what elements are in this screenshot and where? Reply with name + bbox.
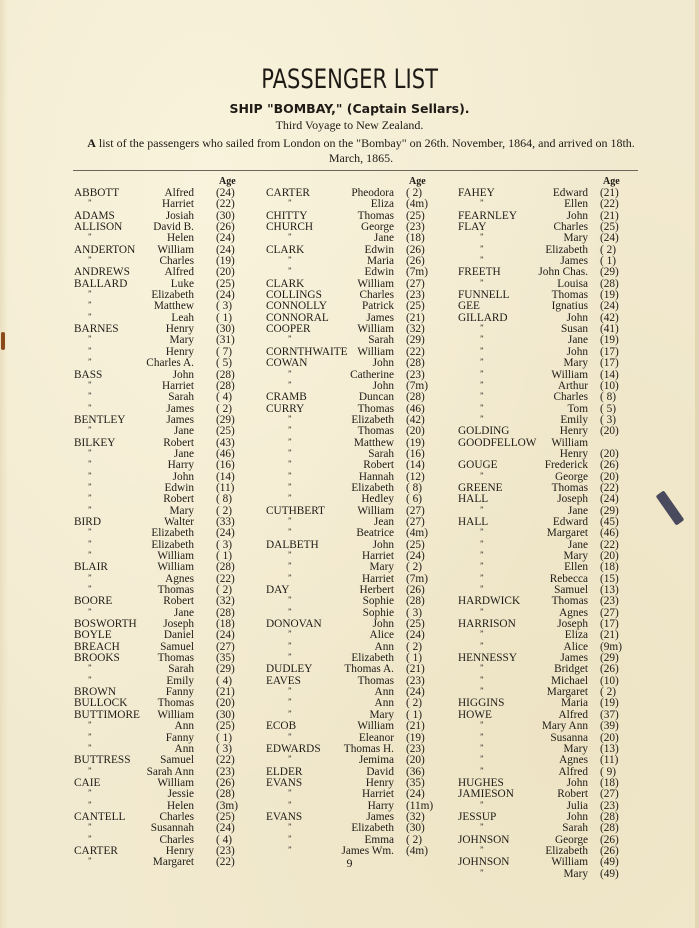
passenger-row: ”Jemima(20)	[266, 755, 448, 766]
surname: CLARK	[266, 245, 304, 256]
age: (39)	[600, 721, 619, 732]
given-name: Charles A.	[146, 358, 194, 369]
ditto-mark: ”	[288, 594, 292, 605]
age: ( 6)	[406, 494, 422, 505]
ditto-mark: ”	[480, 322, 484, 333]
given-name: Robert	[163, 494, 194, 505]
ditto-mark: ”	[480, 549, 484, 560]
ditto-mark: ”	[480, 799, 484, 810]
ditto-mark: ”	[88, 447, 92, 458]
page-number: 9	[0, 856, 699, 871]
ditto-mark: ”	[88, 526, 92, 537]
age: (4m)	[406, 528, 428, 539]
ditto-mark: ”	[288, 606, 292, 617]
ditto-mark: ”	[88, 197, 92, 208]
age: ( 4)	[216, 392, 232, 403]
age: (20)	[600, 426, 619, 437]
passenger-row: ”Eliza(4m)	[266, 199, 448, 210]
passenger-row: ”Beatrice(4m)	[266, 528, 448, 539]
surname: BUTTIMORE	[74, 710, 140, 721]
ditto-mark: ”	[88, 288, 92, 299]
ditto-mark: ”	[88, 504, 92, 515]
age: (17)	[600, 358, 619, 369]
ditto-mark: ”	[88, 254, 92, 265]
surname: JAMIESON	[458, 789, 514, 800]
given-name: Mary	[564, 358, 588, 369]
surname: BILKEY	[74, 438, 115, 449]
ditto-mark: ”	[288, 549, 292, 560]
ditto-mark: ”	[288, 368, 292, 379]
ditto-mark: ”	[480, 504, 484, 515]
age: (20)	[406, 426, 425, 437]
given-name: Robert	[557, 789, 588, 800]
ditto-mark: ”	[288, 458, 292, 469]
ditto-mark: ”	[288, 708, 292, 719]
ditto-mark: ”	[480, 333, 484, 344]
given-name: Beatrice	[356, 528, 394, 539]
ditto-mark: ”	[88, 833, 92, 844]
given-name: Elizabeth	[151, 528, 194, 539]
surname: FAHEY	[458, 188, 495, 199]
ditto-mark: ”	[88, 402, 92, 413]
ditto-mark: ”	[88, 662, 92, 673]
given-name: William	[157, 562, 194, 573]
ditto-mark: ”	[288, 492, 292, 503]
ditto-mark: ”	[288, 572, 292, 583]
ditto-mark: ”	[88, 674, 92, 685]
age: (22)	[216, 755, 235, 766]
passenger-row: ”Ann(25)	[74, 721, 254, 732]
passenger-row: ECOBWilliam(21)	[266, 721, 448, 732]
ditto-mark: ”	[480, 243, 484, 254]
ditto-mark: ”	[88, 299, 92, 310]
given-name: Mary	[370, 562, 394, 573]
ship-subtitle: SHIP "BOMBAY," (Captain Sellars).	[0, 101, 699, 116]
ditto-mark: ”	[88, 742, 92, 753]
ditto-mark: ”	[480, 640, 484, 651]
passenger-rows: FAHEYEdward(21)”Ellen(22)FEARNLEYJohn(21…	[458, 188, 642, 880]
age: (16)	[216, 460, 235, 471]
document-page: PASSENGER LIST SHIP "BOMBAY," (Captain S…	[0, 0, 699, 928]
ditto-mark: ”	[88, 470, 92, 481]
ditto-mark: ”	[288, 640, 292, 651]
age: (24)	[216, 528, 235, 539]
passenger-row: ”Agnes(11)	[458, 755, 642, 766]
given-name: Frederick	[545, 460, 588, 471]
ditto-mark: ”	[288, 685, 292, 696]
given-name: Robert	[363, 460, 394, 471]
given-name: Agnes	[559, 755, 588, 766]
intro-first-letter: A	[87, 136, 96, 150]
age: (24)	[216, 823, 235, 834]
surname: ANDERTON	[74, 245, 135, 256]
ditto-mark: ”	[288, 231, 292, 242]
ditto-mark: ”	[480, 719, 484, 730]
ditto-mark: ”	[88, 731, 92, 742]
passenger-row: ”Charles( 8)	[458, 392, 642, 403]
surname: CURRY	[266, 404, 304, 415]
given-name: Jemima	[359, 755, 394, 766]
passenger-rows: CARTERPheodora( 2)”Eliza(4m)CHITTYThomas…	[266, 188, 448, 857]
ditto-mark: ”	[480, 685, 484, 696]
passenger-row: ”Jane(25)	[74, 426, 254, 437]
age-header: Age	[409, 176, 426, 187]
ditto-mark: ”	[288, 265, 292, 276]
intro-paragraph: A list of the passengers who sailed from…	[72, 136, 650, 166]
given-name: Eliza	[371, 199, 394, 210]
passenger-row: ”Elizabeth(30)	[266, 823, 448, 834]
passenger-row: ”Ellen(18)	[458, 562, 642, 573]
ditto-mark: ”	[288, 731, 292, 742]
passenger-row: ”Elizabeth(24)	[74, 528, 254, 539]
given-name: Elizabeth	[351, 823, 394, 834]
surname: DALBETH	[266, 540, 319, 551]
passenger-row: JAMIESONRobert(27)	[458, 789, 642, 800]
given-name: Margaret	[547, 528, 588, 539]
ditto-mark: ”	[480, 526, 484, 537]
surname: ECOB	[266, 721, 296, 732]
ditto-mark: ”	[288, 799, 292, 810]
pencil-mark	[656, 490, 685, 525]
ditto-mark: ”	[88, 356, 92, 367]
age: (28)	[600, 823, 619, 834]
binding-stain	[1, 332, 5, 350]
passenger-row: ”Charles A.( 5)	[74, 358, 254, 369]
ditto-mark: ”	[480, 606, 484, 617]
age: (28)	[216, 562, 235, 573]
passenger-row: ”Mary(17)	[458, 358, 642, 369]
passenger-row: ”Robert( 8)	[74, 494, 254, 505]
page-edge-shadow	[0, 0, 8, 928]
surname: HOWE	[458, 710, 492, 721]
given-name: Ellen	[564, 199, 588, 210]
ditto-mark: ”	[88, 333, 92, 344]
passenger-row: ”Harriet(22)	[74, 199, 254, 210]
ditto-mark: ”	[288, 526, 292, 537]
ditto-mark: ”	[88, 538, 92, 549]
ditto-mark: ”	[480, 356, 484, 367]
given-name: John	[373, 358, 394, 369]
age: (25)	[216, 426, 235, 437]
given-name: Jane	[174, 426, 194, 437]
ditto-mark: ”	[88, 719, 92, 730]
given-name: Harriet	[162, 199, 194, 210]
passenger-rows: ABBOTTAlfred(24)”Harriet(22)ADAMSJosiah(…	[74, 188, 254, 869]
surname: HARDWICK	[458, 596, 520, 607]
ditto-mark: ”	[288, 379, 292, 390]
ditto-mark: ”	[288, 560, 292, 571]
ditto-mark: ”	[480, 753, 484, 764]
passenger-row: ”Harriet(24)	[266, 789, 448, 800]
ditto-mark: ”	[480, 402, 484, 413]
ditto-mark: ”	[88, 583, 92, 594]
ditto-mark: ”	[88, 231, 92, 242]
ditto-mark: ”	[288, 333, 292, 344]
surname: BROOKS	[74, 653, 120, 664]
surname: JESSUP	[458, 812, 496, 823]
ditto-mark: ”	[288, 787, 292, 798]
age: ( 5)	[216, 358, 232, 369]
ditto-mark: ”	[480, 470, 484, 481]
surname: GOODFELLOW	[458, 438, 536, 449]
ditto-mark: ”	[288, 436, 292, 447]
page-edge-right	[695, 0, 699, 928]
given-name: Ellen	[564, 562, 588, 573]
ditto-mark: ”	[288, 424, 292, 435]
given-name: William	[357, 721, 394, 732]
age: ( 8)	[216, 494, 232, 505]
age: (22)	[216, 199, 235, 210]
age: (27)	[600, 789, 619, 800]
ditto-mark: ”	[480, 560, 484, 571]
given-name: Henry	[560, 426, 588, 437]
voyage-line: Third Voyage to New Zealand.	[0, 118, 699, 133]
ditto-mark: ”	[88, 379, 92, 390]
age: (46)	[600, 528, 619, 539]
surname: BUTTRESS	[74, 755, 131, 766]
given-name: Harriet	[362, 789, 394, 800]
age: (28)	[216, 789, 235, 800]
surname: BALLARD	[74, 279, 127, 290]
given-name: Samuel	[160, 755, 194, 766]
given-name: Joseph	[557, 494, 588, 505]
passenger-row: GOUGEFrederick(26)	[458, 460, 642, 471]
passenger-row: ”Susannah(24)	[74, 823, 254, 834]
header-rule	[73, 170, 638, 171]
given-name: Hedley	[361, 494, 394, 505]
passenger-row: ”Harry(16)	[74, 460, 254, 471]
passenger-row: ”Margaret(46)	[458, 528, 642, 539]
surname: EVANS	[266, 778, 302, 789]
ditto-mark: ”	[288, 821, 292, 832]
ditto-mark: ”	[288, 413, 292, 424]
surname: GOLDING	[458, 426, 509, 437]
ditto-mark: ”	[480, 821, 484, 832]
ditto-mark: ”	[288, 628, 292, 639]
ditto-mark: ”	[288, 651, 292, 662]
surname: CUTHBERT	[266, 506, 325, 517]
ditto-mark: ”	[480, 583, 484, 594]
ditto-mark: ”	[88, 606, 92, 617]
age: (24)	[600, 494, 619, 505]
ditto-mark: ”	[88, 390, 92, 401]
ditto-mark: ”	[480, 345, 484, 356]
surname: EAVES	[266, 676, 301, 687]
ditto-mark: ”	[480, 413, 484, 424]
ditto-mark: ”	[288, 753, 292, 764]
ditto-mark: ”	[288, 515, 292, 526]
page-title: PASSENGER LIST	[77, 64, 622, 95]
age: (14)	[406, 460, 425, 471]
age: (18)	[600, 562, 619, 573]
ditto-mark: ”	[480, 277, 484, 288]
given-name: Ann	[175, 721, 194, 732]
surname: BARNES	[74, 324, 119, 335]
passenger-row: GOLDINGHenry(20)	[458, 426, 642, 437]
ditto-mark: ”	[480, 572, 484, 583]
ditto-mark: ”	[88, 424, 92, 435]
ditto-mark: ”	[480, 844, 484, 855]
ditto-mark: ”	[88, 787, 92, 798]
ditto-mark: ”	[288, 197, 292, 208]
surname: GOUGE	[458, 460, 498, 471]
age: (25)	[216, 721, 235, 732]
age: (11)	[600, 755, 618, 766]
ditto-mark: ”	[480, 379, 484, 390]
ditto-mark: ”	[288, 470, 292, 481]
ditto-mark: ”	[288, 254, 292, 265]
given-name: Sarah	[562, 823, 588, 834]
ditto-mark: ”	[88, 765, 92, 776]
ditto-mark: ”	[88, 481, 92, 492]
surname: DONOVAN	[266, 619, 322, 630]
given-name: Susannah	[151, 823, 194, 834]
ditto-mark: ”	[288, 833, 292, 844]
passenger-row: ”Mary Ann(39)	[458, 721, 642, 732]
ditto-mark: ”	[480, 231, 484, 242]
given-name: Jessie	[168, 789, 194, 800]
age: (26)	[600, 460, 619, 471]
ditto-mark: ”	[88, 572, 92, 583]
age: (4m)	[406, 199, 428, 210]
ditto-mark: ”	[88, 799, 92, 810]
passenger-row: HALLJoseph(24)	[458, 494, 642, 505]
given-name: Duncan	[359, 392, 394, 403]
ditto-mark: ”	[88, 458, 92, 469]
given-name: Mary Ann	[542, 721, 588, 732]
passenger-row: COWANJohn(28)	[266, 358, 448, 369]
passenger-column-1: Age ABBOTTAlfred(24)”Harriet(22)ADAMSJos…	[74, 176, 254, 869]
passenger-row: ”Thomas(20)	[266, 426, 448, 437]
age: (22)	[600, 199, 619, 210]
ditto-mark: ”	[480, 742, 484, 753]
given-name: Harry	[168, 460, 194, 471]
passenger-row: CRAMBDuncan(28)	[266, 392, 448, 403]
ditto-mark: ”	[480, 254, 484, 265]
ditto-mark: ”	[480, 674, 484, 685]
ditto-mark: ”	[288, 844, 292, 855]
surname: HENNESSY	[458, 653, 517, 664]
passenger-row: ”Mary( 2)	[266, 562, 448, 573]
surname: CANTELL	[74, 812, 125, 823]
ditto-mark: ”	[480, 538, 484, 549]
passenger-column-2: Age CARTERPheodora( 2)”Eliza(4m)CHITTYTh…	[266, 176, 448, 857]
ditto-mark: ”	[480, 368, 484, 379]
ditto-mark: ”	[88, 492, 92, 503]
surname: ALLISON	[74, 222, 122, 233]
surname: BOORE	[74, 596, 112, 607]
ditto-mark: ”	[88, 821, 92, 832]
age-header: Age	[603, 176, 620, 187]
surname: HALL	[458, 494, 488, 505]
age: ( 2)	[406, 562, 422, 573]
ditto-mark: ”	[288, 481, 292, 492]
passenger-row: ”Sarah(28)	[458, 823, 642, 834]
age: (21)	[406, 721, 425, 732]
ditto-mark: ”	[88, 345, 92, 356]
ditto-mark: ”	[480, 765, 484, 776]
given-name: Charles	[553, 392, 588, 403]
surname: DAY	[266, 585, 289, 596]
ditto-mark: ”	[480, 662, 484, 673]
surname: HARRISON	[458, 619, 516, 630]
given-name: Sarah	[168, 392, 194, 403]
ditto-mark: ”	[288, 696, 292, 707]
passenger-row: BUTTRESSSamuel(22)	[74, 755, 254, 766]
ditto-mark: ”	[88, 549, 92, 560]
passenger-row: ”Ellen(22)	[458, 199, 642, 210]
passenger-row: ”Sarah( 4)	[74, 392, 254, 403]
surname: ABBOTT	[74, 188, 119, 199]
given-name: Thomas	[358, 426, 394, 437]
ditto-mark: ”	[288, 447, 292, 458]
ditto-mark: ”	[480, 197, 484, 208]
surname: EVANS	[266, 812, 302, 823]
passenger-column-3: Age FAHEYEdward(21)”Ellen(22)FEARNLEYJoh…	[458, 176, 642, 880]
passenger-row: ”Jessie(28)	[74, 789, 254, 800]
intro-text: list of the passengers who sailed from L…	[96, 136, 635, 165]
age-header: Age	[219, 176, 236, 187]
age: (28)	[406, 358, 425, 369]
ditto-mark: ”	[480, 731, 484, 742]
surname: CRAMB	[266, 392, 307, 403]
ditto-mark: ”	[88, 311, 92, 322]
ditto-mark: ”	[480, 390, 484, 401]
age: (30)	[406, 823, 425, 834]
passenger-row: ”Hedley( 6)	[266, 494, 448, 505]
surname: EDWARDS	[266, 744, 321, 755]
passenger-row: BLAIRWilliam(28)	[74, 562, 254, 573]
age: (28)	[406, 392, 425, 403]
age: ( 8)	[600, 392, 616, 403]
surname: BENTLEY	[74, 415, 125, 426]
age: (24)	[406, 789, 425, 800]
passenger-row: ”Robert(14)	[266, 460, 448, 471]
age: (20)	[406, 755, 425, 766]
surname: COWAN	[266, 358, 307, 369]
ditto-mark: ”	[480, 628, 484, 639]
